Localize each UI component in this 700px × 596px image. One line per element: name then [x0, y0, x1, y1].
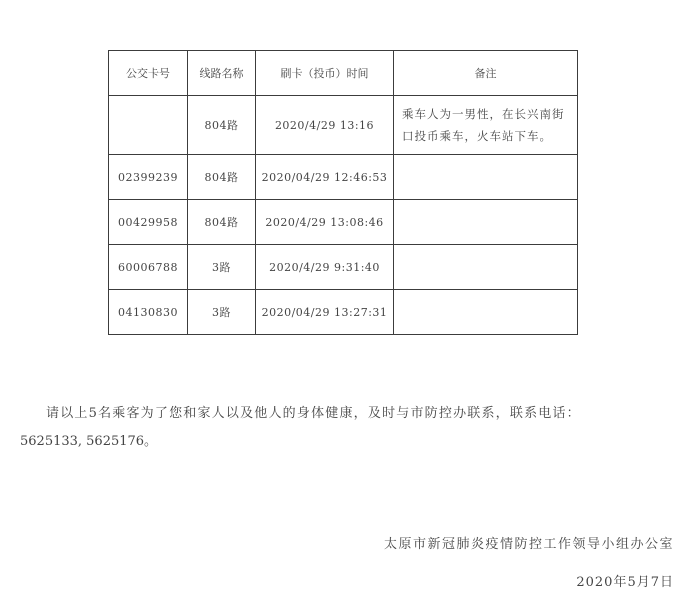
cell-time: 2020/4/29 13:16: [256, 96, 394, 155]
cell-remarks: [394, 155, 578, 200]
cell-remarks: 乘车人为一男性，在长兴南街口投币乘车，火车站下车。: [394, 96, 578, 155]
issue-date: 2020年5月7日: [576, 571, 674, 590]
cell-route: 804路: [188, 155, 256, 200]
cell-time: 2020/4/29 13:08:46: [256, 200, 394, 245]
cell-remarks: [394, 245, 578, 290]
issuing-office: 太原市新冠肺炎疫情防控工作领导小组办公室: [384, 533, 674, 552]
header-route-name: 线路名称: [188, 51, 256, 96]
cell-card-number: 60006788: [109, 245, 188, 290]
table-row: 00429958 804路 2020/4/29 13:08:46: [109, 200, 578, 245]
table-row: 60006788 3路 2020/4/29 9:31:40: [109, 245, 578, 290]
header-swipe-time: 刷卡（投币）时间: [256, 51, 394, 96]
header-card-number: 公交卡号: [109, 51, 188, 96]
cell-time: 2020/04/29 12:46:53: [256, 155, 394, 200]
notice-phone-numbers: 5625133, 5625176。: [20, 428, 660, 456]
cell-remarks: [394, 200, 578, 245]
cell-route: 3路: [188, 290, 256, 335]
cell-remarks: [394, 290, 578, 335]
table-row: 804路 2020/4/29 13:16 乘车人为一男性，在长兴南街口投币乘车，…: [109, 96, 578, 155]
cell-route: 804路: [188, 96, 256, 155]
header-remarks: 备注: [394, 51, 578, 96]
table-header-row: 公交卡号 线路名称 刷卡（投币）时间 备注: [109, 51, 578, 96]
cell-route: 3路: [188, 245, 256, 290]
cell-time: 2020/04/29 13:27:31: [256, 290, 394, 335]
cell-card-number: 04130830: [109, 290, 188, 335]
notice-paragraph: 请以上5名乘客为了您和家人以及他人的身体健康，及时与市防控办联系，联系电话： 5…: [20, 400, 660, 456]
cell-card-number: [109, 96, 188, 155]
passenger-table: 公交卡号 线路名称 刷卡（投币）时间 备注 804路 2020/4/29 13:…: [108, 50, 578, 335]
cell-time: 2020/4/29 9:31:40: [256, 245, 394, 290]
notice-line-1: 请以上5名乘客为了您和家人以及他人的身体健康，及时与市防控办联系，联系电话：: [20, 400, 660, 428]
table-row: 04130830 3路 2020/04/29 13:27:31: [109, 290, 578, 335]
cell-route: 804路: [188, 200, 256, 245]
cell-card-number: 00429958: [109, 200, 188, 245]
table-row: 02399239 804路 2020/04/29 12:46:53: [109, 155, 578, 200]
cell-card-number: 02399239: [109, 155, 188, 200]
